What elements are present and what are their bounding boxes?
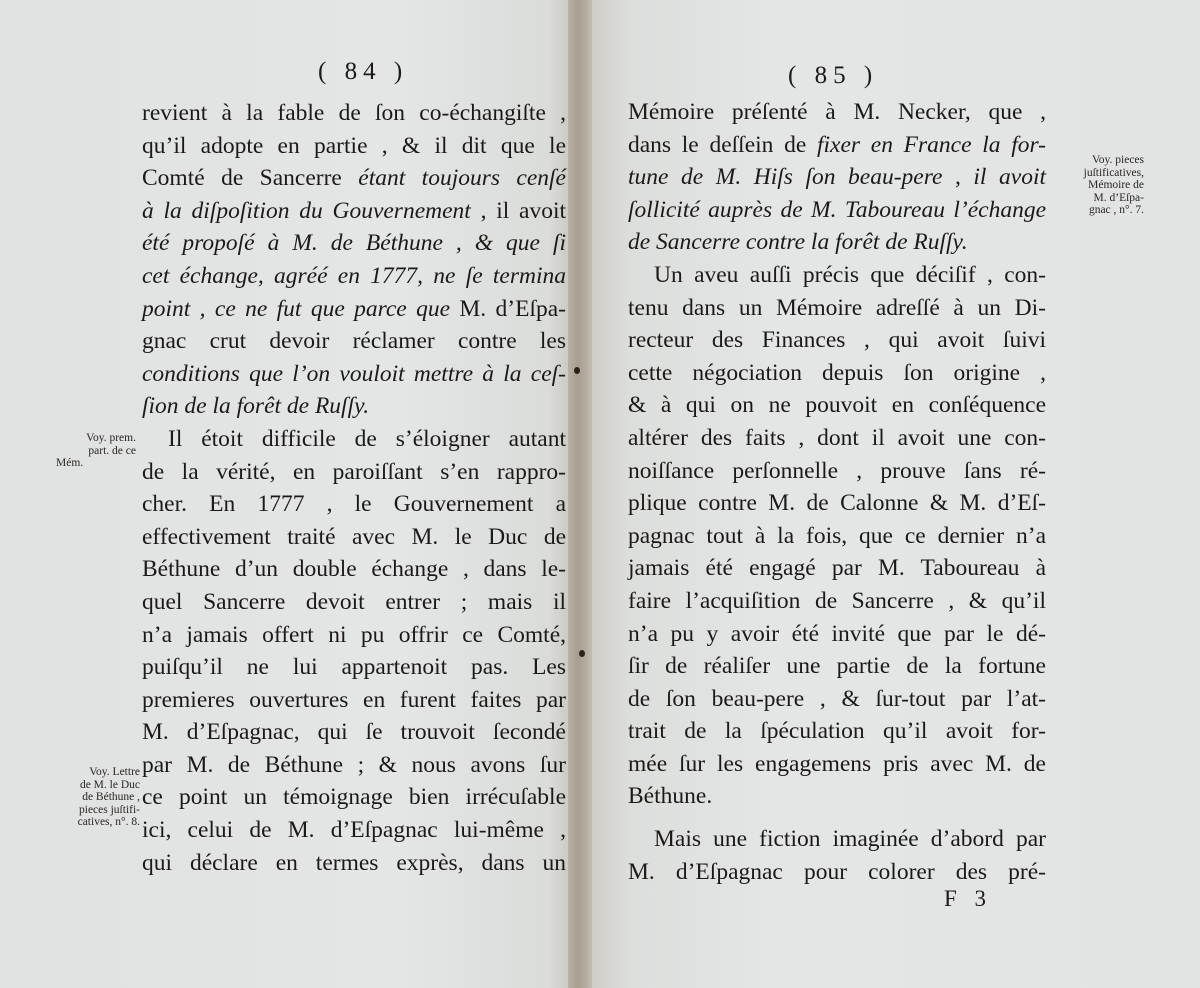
margin-note-line: pieces juſtifi- — [48, 804, 140, 817]
text-line: de la vérité, en paroiſſant s’en rappro- — [142, 456, 566, 489]
text-line: pagnac tout à la fois, que ce dernier n’… — [628, 520, 1046, 553]
margin-note-left-2: Voy. Lettre de M. le Duc de Béthune , pi… — [48, 766, 140, 829]
text-line: Béthune. — [628, 780, 1046, 813]
text-line: à la diſpoſition du Gouvernement , il av… — [142, 195, 566, 228]
text-line: n’a jamais offert ni pu offrir ce Comté, — [142, 619, 566, 652]
right-page: ( 85 ) Mémoire préſenté à M. Necker, que… — [592, 0, 1200, 988]
italic-segment: fixer en France la for- — [817, 132, 1046, 158]
margin-note-line: Voy. pieces — [1038, 154, 1144, 167]
text-line: puiſqu’il ne lui appartenoit pas. Les — [142, 651, 566, 684]
text-line: qu’il adopte en partie , & il dit que le — [142, 130, 566, 163]
signature-mark: F 3 — [944, 886, 992, 912]
margin-note-line: de Béthune , — [48, 791, 140, 804]
margin-note-line: de M. le Duc — [48, 779, 140, 792]
italic-segment: point , ce ne fut que parce que — [142, 296, 459, 322]
margin-note-line: Voy. Lettre — [48, 766, 140, 779]
text-segment: M. d’Eſpa- — [459, 296, 566, 322]
text-line: M. d’Eſpagnac, qui ſe trouvoit ſecondé — [142, 716, 566, 749]
text-line: quel Sancerre devoit entrer ; mais il — [142, 586, 566, 619]
text-line: conditions que l’on vouloit mettre à la … — [142, 358, 566, 391]
italic-segment: étant toujours cenſé — [358, 165, 566, 191]
text-line: noiſſance perſonnelle , prouve ſans ré- — [628, 455, 1046, 488]
text-segment: dans le deſſein de — [628, 132, 817, 158]
text-line: Il étoit difficile de s’éloigner autant — [142, 423, 566, 456]
left-page-text: revient à la fable de ſon co-échangiſte … — [142, 97, 566, 879]
text-line: Mémoire préſenté à M. Necker, que , — [628, 96, 1046, 129]
text-line: M. d’Eſpagnac pour colorer des pré- — [628, 856, 1046, 889]
margin-note-line: Mémoire de — [1038, 179, 1144, 192]
right-page-text: Mémoire préſenté à M. Necker, que , dans… — [628, 96, 1046, 888]
page-number-right: ( 85 ) — [788, 62, 878, 90]
italic-segment: à la diſpoſition du Gouvernement — [142, 198, 471, 224]
text-line: ce point un témoignage bien irrécuſable — [142, 781, 566, 814]
text-line: jamais été engagé par M. Taboureau à — [628, 552, 1046, 585]
text-line: Mais une fiction imaginée d’abord par — [628, 823, 1046, 856]
text-line: recteur des Finances , qui avoit ſuivi — [628, 324, 1046, 357]
text-line: premieres ouvertures en furent faites pa… — [142, 684, 566, 717]
text-line: ici, celui de M. d’Eſpagnac lui-même , — [142, 814, 566, 847]
margin-note-line: Voy. prem. — [56, 432, 136, 445]
margin-note-line: part. de ce — [56, 445, 136, 458]
text-line: faire l’acquiſition de Sancerre , & qu’i… — [628, 585, 1046, 618]
text-segment: Comté de Sancerre — [142, 165, 358, 191]
book-spread: ( 84 ) revient à la fable de ſon co-écha… — [0, 0, 1200, 988]
binding-hole — [574, 367, 580, 374]
text-line: Comté de Sancerre étant toujours cenſé — [142, 162, 566, 195]
margin-note-line: gnac , n°. 7. — [1038, 204, 1144, 217]
text-line: Un aveu auſſi précis que déciſif , con- — [628, 259, 1046, 292]
text-line: point , ce ne fut que parce que M. d’Eſp… — [142, 293, 566, 326]
left-page: ( 84 ) revient à la fable de ſon co-écha… — [0, 0, 572, 988]
text-line: revient à la fable de ſon co-échangiſte … — [142, 97, 566, 130]
text-line: trait de la ſpéculation qu’il avoit for- — [628, 715, 1046, 748]
text-line: gnac crut devoir réclamer contre les — [142, 325, 566, 358]
text-line: ſir de réaliſer une partie de la fortune — [628, 650, 1046, 683]
text-line: ſion de la forêt de Ruſſy. — [142, 390, 566, 423]
text-line: mée ſur les engagemens pris avec M. de — [628, 748, 1046, 781]
text-segment: , il avoit — [471, 198, 566, 224]
text-line: tune de M. Hiſs ſon beau-pere , il avoit — [628, 161, 1046, 194]
margin-note-line: Mém. — [56, 457, 136, 470]
page-number-left: ( 84 ) — [318, 58, 408, 86]
text-line: n’a pu y avoir été invité que par le dé- — [628, 618, 1046, 651]
text-line: & à qui on ne pouvoit en conſéquence — [628, 389, 1046, 422]
text-line: de ſon beau-pere , & ſur-tout par l’at- — [628, 683, 1046, 716]
text-line: par M. de Béthune ; & nous avons ſur — [142, 749, 566, 782]
margin-note-right-1: Voy. pieces juſtificatives, Mémoire de M… — [1038, 154, 1144, 217]
text-line: effectivement traité avec M. le Duc de — [142, 521, 566, 554]
text-line: altérer des faits , dont il avoit une co… — [628, 422, 1046, 455]
text-line: qui déclare en termes exprès, dans un — [142, 847, 566, 880]
margin-note-left-1: Voy. prem. part. de ce Mém. — [56, 432, 136, 470]
margin-note-line: catives, n°. 8. — [48, 816, 140, 829]
text-line: Béthune d’un double échange , dans le- — [142, 553, 566, 586]
text-line: plique contre M. de Calonne & M. d’Eſ- — [628, 487, 1046, 520]
margin-note-line: M. d’Eſpa- — [1038, 192, 1144, 205]
text-line: tenu dans un Mémoire adreſſé à un Di- — [628, 292, 1046, 325]
text-line: été propoſé à M. de Béthune , & que ſi — [142, 227, 566, 260]
text-line: cher. En 1777 , le Gouvernement a — [142, 488, 566, 521]
binding-hole — [579, 650, 585, 657]
text-line: dans le deſſein de fixer en France la fo… — [628, 129, 1046, 162]
text-line: de Sancerre contre la forêt de Ruſſy. — [628, 226, 1046, 259]
text-line: cette négociation depuis ſon origine , — [628, 357, 1046, 390]
text-line: ſollicité auprès de M. Taboureau l’échan… — [628, 194, 1046, 227]
margin-note-line: juſtificatives, — [1038, 167, 1144, 180]
text-line: cet échange, agréé en 1777, ne ſe termin… — [142, 260, 566, 293]
